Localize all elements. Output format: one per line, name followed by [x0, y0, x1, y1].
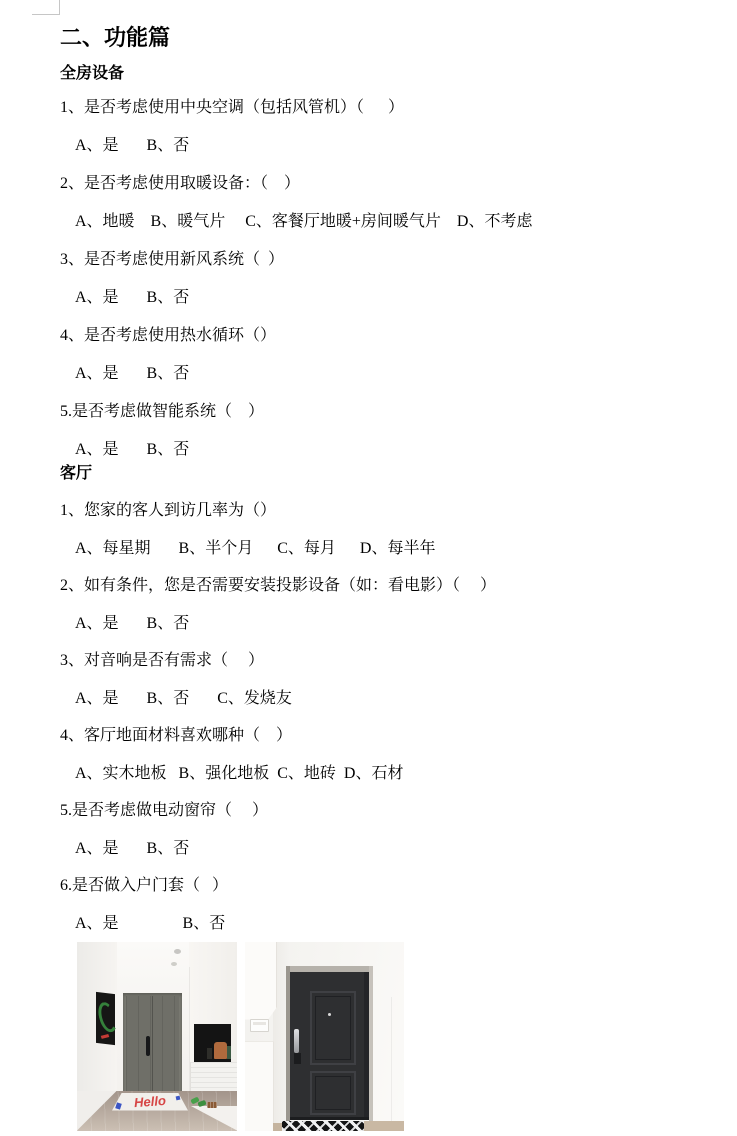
- text-boundary-corner-mark-horizontal: [32, 14, 60, 15]
- answer-options: A、是 B、否: [60, 439, 710, 460]
- hello-doormat: Hello: [112, 1093, 188, 1111]
- wall-corner-line: [391, 997, 392, 1121]
- black-entry-door: [290, 972, 369, 1120]
- text-boundary-corner-mark-vertical: [59, 0, 60, 15]
- question-text: 1、您家的客人到访几率为（）: [60, 500, 710, 521]
- wood-floor-strip-right: [364, 1121, 404, 1131]
- niche-bottle-item: [207, 1048, 212, 1059]
- answer-options: A、是 B、否: [60, 363, 710, 384]
- niche-bag-item: [214, 1042, 227, 1059]
- black-display-niche: [194, 1024, 231, 1062]
- question-text: 4、客厅地面材料喜欢哪种（ ）: [60, 725, 710, 746]
- door-jamb-right: [369, 966, 373, 1121]
- photo-option-b-black-door-no-casing: [245, 942, 404, 1131]
- subsection-title-living-room: 客厅: [60, 463, 710, 484]
- answer-options: A、每星期 B、半个月 C、每月 D、每半年: [60, 538, 710, 559]
- wood-floor-strip-left: [273, 1123, 282, 1131]
- door-upper-panel: [310, 991, 356, 1065]
- question-text: 3、是否考虑使用新风系统（ ）: [60, 249, 710, 270]
- answer-options: A、是 B、否 C、发烧友: [60, 688, 710, 709]
- section-heading: 二、功能篇: [60, 25, 710, 51]
- photo-row: Hello: [77, 942, 710, 1131]
- answer-options: A、实木地板 B、强化地板 C、地砖 D、石材: [60, 763, 710, 784]
- question-text: 2、是否考虑使用取暖设备：（ ）: [60, 173, 710, 194]
- niche-can-item: [227, 1046, 231, 1059]
- doormat-text: Hello: [112, 1091, 189, 1112]
- checkered-doormat: [282, 1121, 364, 1131]
- upper-cabinet: [245, 942, 277, 1020]
- ceiling-downlight: [174, 949, 181, 954]
- door-lock: [294, 1053, 301, 1064]
- artwork-red-dash: [101, 1034, 110, 1039]
- answer-options: A、是 B、否: [60, 913, 710, 934]
- door-handle: [146, 1036, 150, 1056]
- answer-options: A、是 B、否: [60, 613, 710, 634]
- question-text: 6.是否做入户门套（ ）: [60, 875, 710, 896]
- answer-options: A、是 B、否: [60, 838, 710, 859]
- ceiling-downlight: [171, 962, 177, 966]
- document-page: 二、功能篇 全房设备 1、是否考虑使用中央空调（包括风管机）（ ） A、是 B、…: [0, 0, 737, 1136]
- document-content: 二、功能篇 全房设备 1、是否考虑使用中央空调（包括风管机）（ ） A、是 B、…: [60, 25, 710, 1131]
- door-edge-shade: [364, 972, 369, 1120]
- question-text: 3、对音响是否有需求（ ）: [60, 650, 710, 671]
- subsection-title-whole-house-equipment: 全房设备: [60, 63, 710, 84]
- door-peephole: [328, 1013, 331, 1016]
- door-lower-panel: [310, 1071, 356, 1115]
- answer-options: A、是 B、否: [60, 135, 710, 156]
- question-text: 4、是否考虑使用热水循环（）: [60, 325, 710, 346]
- answer-options: A、地暖 B、暖气片 C、客餐厅地暖+房间暖气片 D、不考虑: [60, 211, 710, 232]
- question-text: 5.是否考虑做智能系统（ ）: [60, 401, 710, 422]
- door-bottom-shadow: [290, 1117, 369, 1120]
- lower-cabinet: [245, 1041, 274, 1131]
- question-text: 1、是否考虑使用中央空调（包括风管机）（ ）: [60, 97, 710, 118]
- doormat-blue-accent: [176, 1095, 181, 1100]
- question-text: 5.是否考虑做电动窗帘（ ）: [60, 800, 710, 821]
- small-brown-mat: [207, 1102, 217, 1108]
- answer-options: A、是 B、否: [60, 287, 710, 308]
- door-handle: [294, 1029, 299, 1053]
- question-text: 2、如有条件，您是否需要安装投影设备（如：看电影）（ ）: [60, 575, 710, 596]
- photo-option-a-entry-with-door-casing: Hello: [77, 942, 237, 1131]
- wall-artwork: [96, 991, 115, 1044]
- wall-switch-panel: [250, 1019, 269, 1032]
- door-center-split: [152, 996, 153, 1093]
